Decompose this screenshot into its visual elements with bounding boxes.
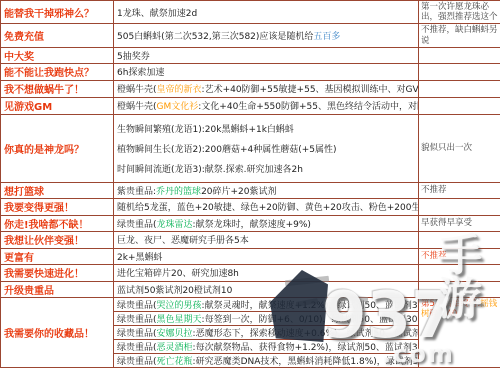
text-segment: 不推荐	[421, 185, 447, 195]
table-row: 中大奖5抽奖券	[1, 47, 500, 63]
text-segment: 绿贵重品(	[117, 343, 157, 353]
text-segment: 不推荐，缺白蝌蚪另说	[421, 25, 498, 45]
text-segment: 紫贵重品:	[117, 187, 156, 197]
text-segment: 死亡花瓶	[157, 357, 193, 367]
wish-cell: 更富有	[1, 248, 114, 264]
reward-line: 紫贵重品:乔丹的篮球20碎片+20紫试剂	[117, 184, 415, 197]
text-segment: 巨龙、夜尸、恶魔研究手册各5本	[117, 236, 249, 246]
text-segment: :艺术+40防御+55敏捷+55、基因模拟训练中、对GVB伤害+4%)	[202, 85, 419, 95]
note-cell	[419, 63, 500, 80]
reward-cell: 6h探索加速	[114, 63, 419, 80]
note-cell: 第一次许愿龙珠必出，强烈推荐选这个	[419, 1, 500, 24]
text-segment: 安娜贝拉	[157, 329, 193, 339]
guide-table-sheet: 能替我干掉邪神么？1龙珠、献祭加速2d第一次许愿龙珠必出，强烈推荐选这个免费充值…	[0, 0, 500, 368]
text-segment: 生物瞬间繁殖(龙语1):20k黑蝌蚪+1k白蝌蚪	[117, 125, 294, 135]
reward-cell: 紫贵重品:乔丹的篮球20碎片+20紫试剂	[114, 182, 419, 198]
table-row: 更富有2k+黑蝌蚪不推荐	[1, 248, 500, 264]
text-segment: 绿贵重品(	[117, 357, 157, 367]
table-row: 我要变得更强！随机给5龙蛋，蓝色+20敏捷、绿色+20防御、黄色+20攻击、粉色…	[1, 198, 500, 215]
wish-cell: 我需要你的收藏品！	[1, 297, 114, 367]
text-segment: 不推荐	[421, 251, 447, 261]
text-segment: 黑色星期天	[157, 315, 202, 325]
table-row: 想打篮球紫贵重品:乔丹的篮球20碎片+20紫试剂不推荐	[1, 182, 500, 198]
text-segment: 植物瞬间生长(龙语2):200蘑菇+4种属性蘑菇(+5属性)	[117, 145, 337, 155]
reward-line: 绿贵重品(龙珠雷达:献祭龙珠时，献祭速度+9%)	[117, 217, 415, 230]
wish-cell: 升级贵重品	[1, 281, 114, 297]
note-cell	[419, 80, 500, 97]
reward-line: 植物瞬间生长(龙语2):200蘑菇+4种属性蘑菇(+5属性)	[117, 142, 415, 155]
text-segment: 橙蜗牛壳(	[117, 85, 157, 95]
wish-cell: 能不能让我跑快点？	[1, 63, 114, 80]
text-segment: :每次献祭物品、获得食物+1.2%)，绿试剂50、蓝试剂30	[193, 343, 419, 353]
text-segment: 貌似只出一次	[421, 143, 472, 153]
text-segment: 505白蝌蚪(第二次532,第三次582)应该是随机给	[117, 32, 313, 42]
wish-cell: 你走!我啥都不缺！	[1, 215, 114, 231]
text-segment: 蓝试剂50紫试剂20橙试剂10	[117, 286, 232, 296]
note-cell: 第5次后始终给:摇钱树碎片40	[419, 297, 500, 367]
table-row: 能替我干掉邪神么？1龙珠、献祭加速2d第一次许愿龙珠必出，强烈推荐选这个	[1, 1, 500, 24]
wish-cell: 见游戏GM	[1, 97, 114, 114]
table-row: 我不想做蜗牛了！橙蜗牛壳(皇帝的新衣:艺术+40防御+55敏捷+55、基因模拟训…	[1, 80, 500, 97]
reward-line: 蓝试剂50紫试剂20橙试剂10	[117, 283, 415, 296]
text-segment: 第5次后始终给:	[421, 299, 480, 309]
text-segment: 20碎片+20紫试剂	[201, 187, 276, 197]
wish-cell: 中大奖	[1, 47, 114, 63]
text-segment: 哭泣的男孩	[157, 301, 202, 311]
note-cell: 不推荐	[419, 248, 500, 264]
reward-cell: 随机给5龙蛋，蓝色+20敏捷、绿色+20防御、黄色+20攻击、粉色+200生命	[114, 198, 419, 215]
table-row: 见游戏GM橙蜗牛壳(GM文化衫:文化+40生命+550防御+55、黑色终结令活动…	[1, 97, 500, 114]
text-segment: 5抽奖券	[117, 52, 150, 62]
note-cell	[419, 47, 500, 63]
text-segment: 随机给5龙蛋，蓝色+20敏捷、绿色+20防御、黄色+20攻击、粉色+200生命	[117, 203, 419, 213]
text-segment: 绿贵重品(	[117, 220, 157, 230]
table-row: 我需要快速进化！进化宝箱碎片20、研究加速8h	[1, 264, 500, 281]
text-segment: 绿贵重品(	[117, 329, 157, 339]
reward-line: 5抽奖券	[117, 49, 415, 62]
text-segment: 早获得早享受	[421, 218, 472, 228]
table-row: 你真的是神龙吗？生物瞬间繁殖(龙语1):20k黑蝌蚪+1k白蝌蚪植物瞬间生长(龙…	[1, 114, 500, 182]
text-segment: 乔丹的篮球	[156, 187, 201, 197]
note-cell: 不推荐	[419, 182, 500, 198]
text-segment: :文化+40生命+550防御+55、黑色终结令活动中，对院士伤害+4%)	[198, 102, 418, 112]
text-segment: 2k+黑蝌蚪	[117, 253, 162, 263]
reward-cell: 进化宝箱碎片20、研究加速8h	[114, 264, 419, 281]
text-segment: :献祭龙珠时，献祭速度+9%)	[193, 220, 311, 230]
wish-cell: 我要变得更强！	[1, 198, 114, 215]
note-cell	[419, 97, 500, 114]
text-segment: 绿贵重品(	[117, 301, 157, 311]
text-segment: 进化宝箱碎片20、研究加速8h	[117, 269, 239, 279]
reward-cell: 5抽奖券	[114, 47, 419, 63]
reward-cell: 1龙珠、献祭加速2d	[114, 1, 419, 24]
wish-cell: 我想让伙伴变强！	[1, 231, 114, 248]
reward-cell: 蓝试剂50紫试剂20橙试剂10	[114, 281, 419, 297]
reward-cell: 绿贵重品(龙珠雷达:献祭龙珠时，献祭速度+9%)	[114, 215, 419, 231]
text-segment: 恶灵酒柜	[157, 343, 193, 353]
reward-line: 505白蝌蚪(第二次532,第三次582)应该是随机给五百多	[117, 29, 415, 42]
note-cell	[419, 264, 500, 281]
text-segment: 碎片40	[430, 309, 458, 319]
reward-cell: 2k+黑蝌蚪	[114, 248, 419, 264]
wish-cell: 想打篮球	[1, 182, 114, 198]
text-segment: 绿贵重品(	[117, 315, 157, 325]
note-cell	[419, 281, 500, 297]
text-segment: :恶魔形态下，探索移动速度+0.6%)，绿试剂50、蓝试剂30	[193, 329, 419, 339]
reward-cell: 绿贵重品(死亡花瓶:研究恶魔类DNA技术，黑蝌蚪消耗降低1.8%)，绿试剂50、…	[114, 353, 419, 367]
text-segment: 皇帝的新衣	[157, 85, 202, 95]
reward-line: 2k+黑蝌蚪	[117, 250, 415, 263]
reward-cell: 巨龙、夜尸、恶魔研究手册各5本	[114, 231, 419, 248]
table-row: 我需要你的收藏品！绿贵重品(哭泣的男孩:献祭灵魂时，献祭速度+1.2%)，绿试剂…	[1, 297, 500, 311]
reward-line: 时间瞬间流逝(龙语3):献祭.探索.研究加速各2h	[117, 162, 415, 175]
reward-line: 巨龙、夜尸、恶魔研究手册各5本	[117, 233, 415, 246]
reward-line: 进化宝箱碎片20、研究加速8h	[117, 266, 415, 279]
text-segment: GM文化衫	[157, 102, 199, 112]
reward-line: 生物瞬间繁殖(龙语1):20k黑蝌蚪+1k白蝌蚪	[117, 122, 415, 135]
note-cell	[419, 198, 500, 215]
wish-reward-table: 能替我干掉邪神么？1龙珠、献祭加速2d第一次许愿龙珠必出，强烈推荐选这个免费充值…	[0, 0, 500, 368]
text-segment: :研究恶魔类DNA技术，黑蝌蚪消耗降低1.8%)，绿试剂50、蓝试剂30	[193, 357, 419, 367]
text-segment: 时间瞬间流逝(龙语3):献祭.探索.研究加速各2h	[117, 165, 303, 175]
note-cell: 早获得早享受	[419, 215, 500, 231]
wish-cell: 我需要快速进化！	[1, 264, 114, 281]
reward-cell: 绿贵重品(恶灵酒柜:每次献祭物品、获得食物+1.2%)，绿试剂50、蓝试剂30	[114, 339, 419, 353]
reward-line: 6h探索加速	[117, 65, 415, 78]
text-segment: 1龙珠、献祭加速2d	[117, 9, 197, 19]
note-cell: 貌似只出一次	[419, 114, 500, 182]
note-cell	[419, 231, 500, 248]
reward-line: 橙蜗牛壳(皇帝的新衣:艺术+40防御+55敏捷+55、基因模拟训练中、对GVB伤…	[117, 82, 415, 95]
table-row: 升级贵重品蓝试剂50紫试剂20橙试剂10	[1, 281, 500, 297]
note-cell: 不推荐，缺白蝌蚪另说	[419, 24, 500, 47]
text-segment: 五百多	[313, 32, 340, 42]
table-row: 我想让伙伴变强！巨龙、夜尸、恶魔研究手册各5本	[1, 231, 500, 248]
reward-line: 橙蜗牛壳(GM文化衫:文化+40生命+550防御+55、黑色终结令活动中，对院士…	[117, 99, 415, 112]
wish-table-body: 能替我干掉邪神么？1龙珠、献祭加速2d第一次许愿龙珠必出，强烈推荐选这个免费充值…	[1, 1, 500, 368]
reward-cell: 橙蜗牛壳(GM文化衫:文化+40生命+550防御+55、黑色终结令活动中，对院士…	[114, 97, 419, 114]
reward-cell: 橙蜗牛壳(皇帝的新衣:艺术+40防御+55敏捷+55、基因模拟训练中、对GVB伤…	[114, 80, 419, 97]
text-segment: 龙珠雷达	[157, 220, 193, 230]
text-segment: 第一次许愿龙珠必出，强烈推荐选这个	[421, 2, 498, 22]
text-segment: :每签到一次，防御+6、0/10)，绿试剂50、蓝试剂30	[202, 315, 418, 325]
reward-cell: 绿贵重品(哭泣的男孩:献祭灵魂时，献祭速度+1.2%)，绿试剂50、蓝试剂30	[114, 297, 419, 311]
reward-cell: 绿贵重品(安娜贝拉:恶魔形态下，探索移动速度+0.6%)，绿试剂50、蓝试剂30	[114, 325, 419, 339]
text-segment: 橙蜗牛壳(	[117, 102, 157, 112]
wish-cell: 你真的是神龙吗？	[1, 114, 114, 182]
table-row: 能不能让我跑快点？6h探索加速	[1, 63, 500, 80]
table-row: 免费充值505白蝌蚪(第二次532,第三次582)应该是随机给五百多不推荐，缺白…	[1, 24, 500, 47]
wish-cell: 我不想做蜗牛了！	[1, 80, 114, 97]
wish-cell: 免费充值	[1, 24, 114, 47]
reward-cell: 绿贵重品(黑色星期天:每签到一次，防御+6、0/10)，绿试剂50、蓝试剂30	[114, 311, 419, 325]
reward-cell: 生物瞬间繁殖(龙语1):20k黑蝌蚪+1k白蝌蚪植物瞬间生长(龙语2):200蘑…	[114, 114, 419, 182]
reward-line: 1龙珠、献祭加速2d	[117, 6, 415, 19]
wish-cell: 能替我干掉邪神么？	[1, 1, 114, 24]
text-segment: 6h探索加速	[117, 68, 164, 78]
reward-line: 随机给5龙蛋，蓝色+20敏捷、绿色+20防御、黄色+20攻击、粉色+200生命	[117, 200, 415, 213]
reward-cell: 505白蝌蚪(第二次532,第三次582)应该是随机给五百多	[114, 24, 419, 47]
table-row: 你走!我啥都不缺！绿贵重品(龙珠雷达:献祭龙珠时，献祭速度+9%)早获得早享受	[1, 215, 500, 231]
